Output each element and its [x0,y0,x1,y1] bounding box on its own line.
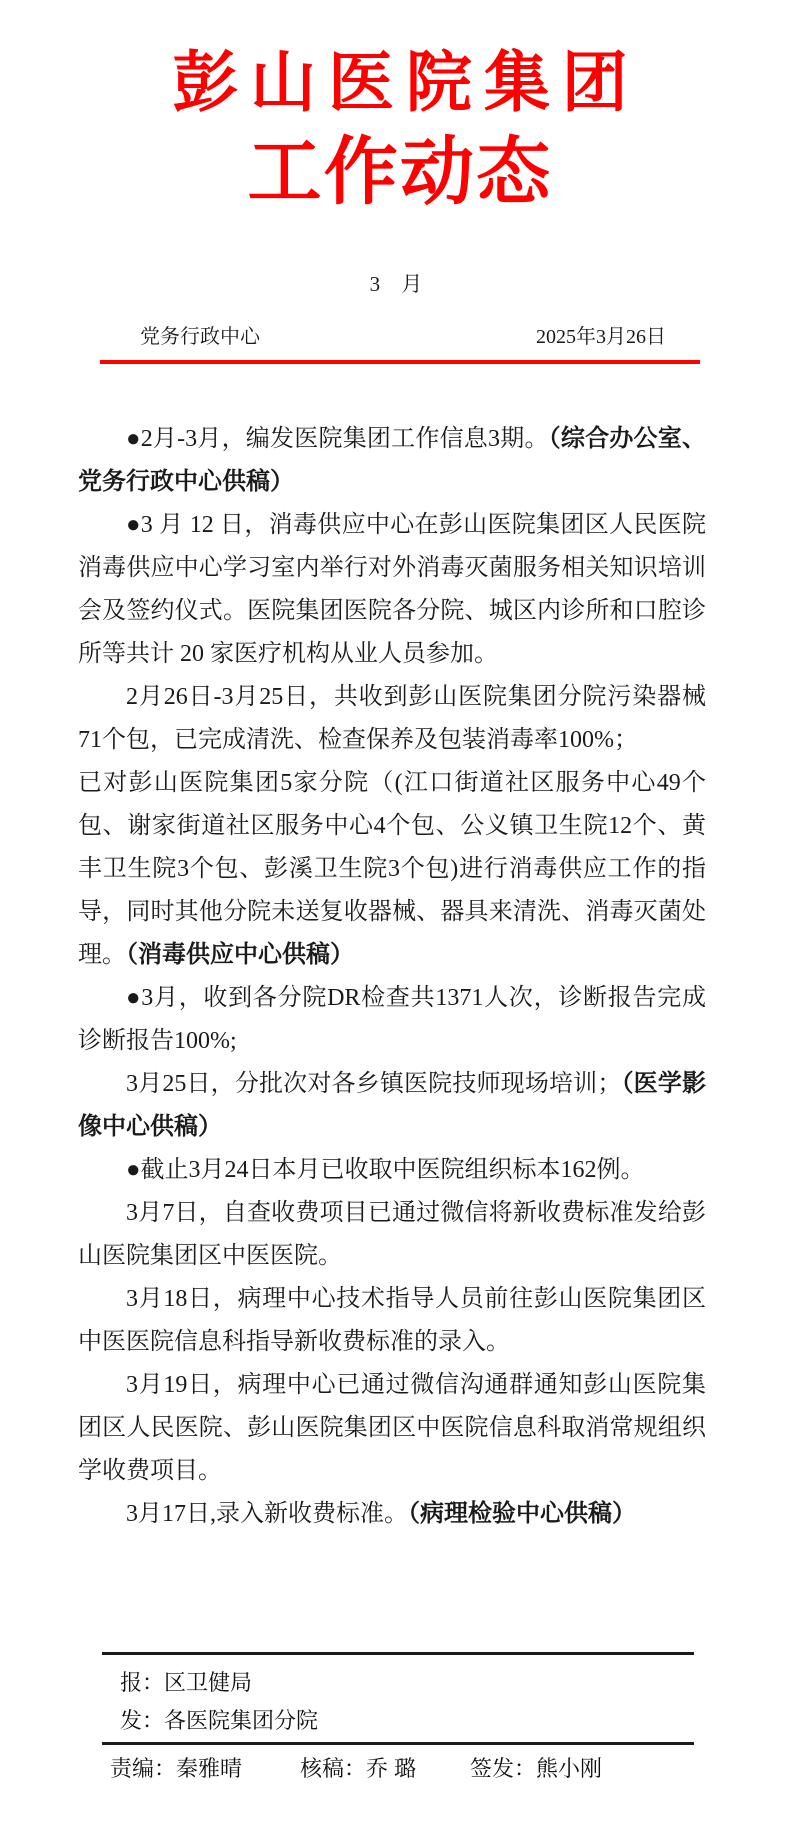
text-run: 3月17日,录入新收费标准。 [126,1501,408,1527]
text-run: ●3 月 12 日，消毒供应中心在彭山医院集团区人民医院消毒供应中心学习室内举行… [78,512,706,667]
footer-bottom-rule [102,1742,694,1745]
paragraph: 3月17日,录入新收费标准。（病理检验中心供稿） [78,1493,706,1536]
paragraph: 3月25日，分批次对各乡镇医院技师现场培训；（医学影像中心供稿） [78,1063,706,1149]
page-title-line2: 工作动态 [0,130,800,216]
text-run: ●2月-3月，编发医院集团工作信息3期。 [126,426,549,452]
body-paragraphs: ●2月-3月，编发医院集团工作信息3期。（综合办公室、党务行政中心供稿）●3 月… [78,418,706,1536]
footer-top-rule [102,1652,694,1655]
paragraph: ●截止3月24日本月已收取中医院组织标本162例。 [78,1149,706,1192]
issuing-department: 党务行政中心 [100,320,260,349]
distribution-block: 报：区卫健局 发：各医院集团分院 [120,1664,318,1740]
editor-credit: 责编：秦雅晴 [110,1752,242,1783]
issuer-credit: 签发：熊小刚 [470,1752,602,1783]
issue-date: 2025年3月26日 [536,320,700,349]
report-to-line: 报：区卫健局 [120,1664,318,1702]
reviewer-credit: 核稿：乔 璐 [300,1752,416,1783]
text-run: （消毒供应中心供稿） [126,942,354,968]
paragraph: ●3月，收到各分院DR检查共1371人次，诊断报告完成诊断报告100%; [78,977,706,1063]
red-divider-rule [100,360,700,364]
text-run: 3月19日，病理中心已通过微信沟通群通知彭山医院集团区人民医院、彭山医院集团区中… [78,1372,706,1484]
text-run: 已对彭山医院集团5家分院（(江口街道社区服务中心49个包、谢家街道社区服务中心4… [78,770,706,968]
paragraph: 已对彭山医院集团5家分院（(江口街道社区服务中心49个包、谢家街道社区服务中心4… [78,762,706,977]
text-run: 2月26日-3月25日，共收到彭山医院集团分院污染器械71个包，已完成清洗、检查… [78,684,706,753]
paragraph: 2月26日-3月25日，共收到彭山医院集团分院污染器械71个包，已完成清洗、检查… [78,676,706,762]
bulletin-page: 彭山医院集团 工作动态 3 月 党务行政中心 2025年3月26日 ●2月-3月… [0,0,800,1826]
text-run: ●截止3月24日本月已收取中医院组织标本162例。 [126,1157,645,1183]
paragraph: ●2月-3月，编发医院集团工作信息3期。（综合办公室、党务行政中心供稿） [78,418,706,504]
masthead: 彭山医院集团 工作动态 [0,38,800,216]
text-run: 3月18日，病理中心技术指导人员前往彭山医院集团区中医医院信息科指导新收费标准的… [78,1286,706,1355]
paragraph: 3月7日，自查收费项目已通过微信将新收费标准发给彭山医院集团区中医医院。 [78,1192,706,1278]
credits-row: 责编：秦雅晴 核稿：乔 璐 签发：熊小刚 [110,1752,700,1782]
text-run: （病理检验中心供稿） [408,1501,636,1527]
page-title-line1: 彭山医院集团 [12,38,800,130]
distribute-to-line: 发：各医院集团分院 [120,1702,318,1740]
paragraph: 3月19日，病理中心已通过微信沟通群通知彭山医院集团区人民医院、彭山医院集团区中… [78,1364,706,1493]
month-label: 3 月 [0,268,800,298]
paragraph: ●3 月 12 日，消毒供应中心在彭山医院集团区人民医院消毒供应中心学习室内举行… [78,504,706,676]
text-run: 3月7日，自查收费项目已通过微信将新收费标准发给彭山医院集团区中医医院。 [78,1200,706,1269]
text-run: 3月25日，分批次对各乡镇医院技师现场培训； [126,1071,621,1097]
issue-info-row: 党务行政中心 2025年3月26日 [100,320,700,349]
text-run: ●3月，收到各分院DR检查共1371人次，诊断报告完成诊断报告100%; [78,985,706,1054]
paragraph: 3月18日，病理中心技术指导人员前往彭山医院集团区中医医院信息科指导新收费标准的… [78,1278,706,1364]
